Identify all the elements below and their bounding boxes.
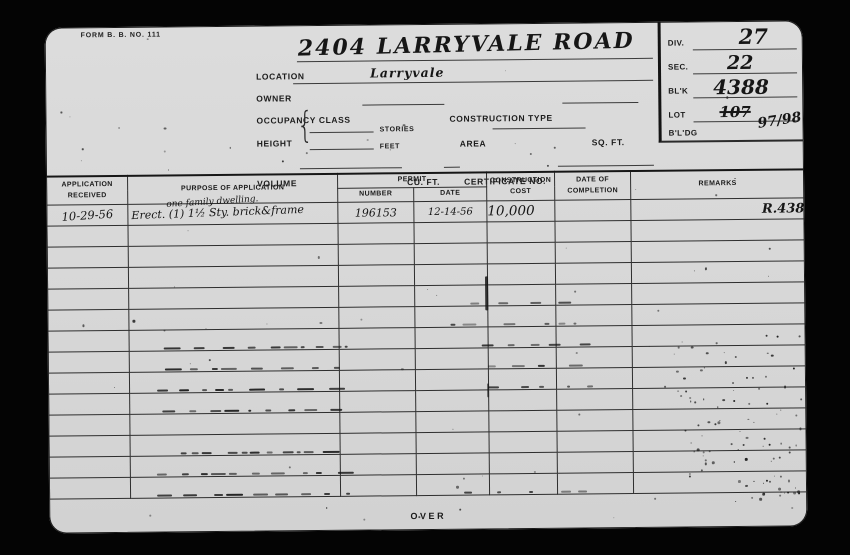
cell-remarks: [633, 429, 807, 452]
cell-purpose: [128, 265, 338, 288]
cell-purpose: [128, 223, 338, 246]
record-card: FORM B. B. NO. 111 LOCATION 2404 LARRYVA…: [45, 20, 808, 533]
cell-permit-date: [414, 222, 487, 244]
cell-construction-cost: [488, 368, 556, 390]
cell-permit-number: [339, 307, 415, 329]
cell-date-of-completion: [556, 326, 632, 348]
div-value: 27: [739, 24, 768, 49]
header-permit-number: NUMBER: [338, 188, 414, 203]
height-brace: {: [297, 105, 313, 146]
cell-application-received: [47, 267, 128, 289]
cell-date-of-completion: [555, 242, 631, 264]
cell-application-received: [49, 456, 130, 478]
cell-permit-date: [416, 474, 489, 496]
cell-remarks: [633, 450, 807, 473]
cell-construction-cost: [488, 347, 556, 369]
parcel-row-div: DIV. 27: [661, 25, 797, 50]
cell-purpose: [130, 475, 340, 498]
cell-construction-cost: [487, 221, 555, 243]
cell-permit-date: [415, 306, 488, 328]
cell-remarks: R.438: [631, 198, 805, 221]
cell-permit-date: [415, 327, 488, 349]
owner-label: OWNER: [256, 93, 292, 103]
header-construction-cost: CONSTRUCTION COST: [487, 172, 555, 201]
cell-date-of-completion: [557, 473, 633, 495]
area-label: AREA: [460, 138, 487, 148]
cell-remarks: [633, 408, 807, 431]
cell-purpose: [128, 244, 338, 267]
parcel-row-lot: LOT 107 97/98: [661, 97, 797, 122]
cell-construction-cost: [487, 242, 555, 264]
cell-permit-date: [416, 390, 489, 412]
stories-underline: [310, 131, 374, 133]
cell-construction-cost: [489, 473, 557, 495]
cell-date-of-completion: [556, 368, 632, 390]
cell-application-received: [49, 435, 130, 457]
owner-underline: [293, 80, 653, 84]
cell-application-received: [47, 246, 128, 268]
cell-construction-cost: [489, 410, 557, 432]
cell-date-of-completion: [555, 221, 631, 243]
cell-permit-number: [340, 433, 416, 455]
table-body: 10-29-56 one family dwelling. Erect. (1)…: [47, 198, 808, 499]
cell-construction-cost: [487, 263, 555, 285]
cell-date-of-completion: [555, 200, 631, 222]
cell-construction-cost: [488, 326, 556, 348]
location-value: 2404 LARRYVALE ROAD: [298, 28, 635, 62]
cell-application-received: 10-29-56: [47, 204, 128, 226]
cell-permit-date: [414, 264, 487, 286]
cell-remarks: [633, 471, 807, 494]
cell-permit-date: 12-14-56: [414, 201, 487, 223]
cell-remarks: [631, 219, 805, 242]
parcel-row-sec: SEC. 22: [661, 49, 797, 74]
cell-application-received: [47, 225, 128, 247]
cell-application-received: [48, 351, 129, 373]
cell-date-of-completion: [557, 452, 633, 474]
construction-type-label: CONSTRUCTION TYPE: [449, 113, 552, 124]
occupancy-class-underline: [362, 104, 444, 106]
cell-remarks: [632, 282, 806, 305]
sec-value: 22: [727, 52, 754, 74]
cell-remarks: [632, 345, 806, 368]
cell-application-received: [48, 288, 129, 310]
cell-permit-date: [416, 432, 489, 454]
certificate-tick-line: [444, 167, 460, 168]
cell-purpose: [129, 307, 339, 330]
construction-type-underline: [562, 102, 638, 104]
sec-label: SEC.: [668, 62, 688, 71]
cell-permit-number: [340, 391, 416, 413]
cell-application-received: [49, 414, 130, 436]
cell-permit-number: [339, 286, 415, 308]
cell-permit-number: [338, 265, 414, 287]
scanned-page: { "page": { "background_color": "#040404…: [0, 0, 850, 555]
cell-purpose: [129, 370, 339, 393]
cell-permit-number: [338, 223, 414, 245]
cell-permit-date: [416, 411, 489, 433]
certificate-underline: [558, 165, 654, 167]
cell-permit-number: [339, 370, 415, 392]
cell-application-received: [48, 372, 129, 394]
lot-label: LOT: [668, 111, 685, 120]
over-label: OVER: [49, 507, 807, 524]
purpose-main-text: Erect. (1) 1½ Sty. brick&frame: [131, 203, 304, 222]
area-underline: [493, 127, 586, 129]
cell-construction-cost: [489, 431, 557, 453]
parcel-box: DIV. 27 SEC. 22 BL'K 4388 LOT 107 97/98 …: [658, 20, 804, 142]
cell-remarks: [633, 387, 807, 410]
bldg-label: B'L'DG: [669, 128, 698, 137]
cell-application-received: [49, 393, 130, 415]
cell-permit-number: [338, 244, 414, 266]
blk-label: BL'K: [668, 86, 688, 95]
height-label: HEIGHT: [257, 138, 293, 148]
cell-application-received: [49, 477, 130, 499]
cell-application-received: [48, 309, 129, 331]
stories-label: STORIES: [380, 126, 415, 133]
header-permit-group: PERMIT: [338, 172, 487, 188]
cell-construction-cost: [488, 305, 556, 327]
cell-permit-date: [414, 243, 487, 265]
header-application-received: APPLICATION RECEIVED: [47, 176, 128, 205]
cell-purpose: [129, 349, 339, 372]
lot-struck-value: 107: [719, 103, 750, 121]
feet-underline: [310, 148, 374, 150]
cell-date-of-completion: [557, 431, 633, 453]
cell-date-of-completion: [556, 347, 632, 369]
cell-purpose: [130, 412, 340, 435]
cell-date-of-completion: [556, 305, 632, 327]
cell-date-of-completion: [557, 410, 633, 432]
cell-permit-date: [416, 453, 489, 475]
feet-label: FEET: [380, 143, 400, 150]
cell-purpose: [130, 454, 340, 477]
cell-date-of-completion: [555, 263, 631, 285]
cell-permit-date: [415, 285, 488, 307]
cell-date-of-completion: [557, 389, 633, 411]
form-number: FORM B. B. NO. 111: [81, 32, 161, 40]
cell-purpose: [129, 328, 339, 351]
header-permit-date: DATE: [414, 187, 487, 202]
sq-ft-label: SQ. FT.: [592, 137, 625, 147]
cell-purpose: one family dwelling. Erect. (1) 1½ Sty. …: [128, 202, 338, 225]
volume-underline: [300, 167, 402, 169]
cell-permit-number: [340, 475, 416, 497]
cell-purpose: [130, 391, 340, 414]
parcel-row-bldg: B'L'DG: [662, 121, 798, 138]
cell-construction-cost: [489, 389, 557, 411]
owner-value: Larryvale: [370, 65, 445, 81]
cell-remarks: [631, 261, 805, 284]
header-remarks: REMARKS: [631, 169, 805, 199]
cell-purpose: [130, 433, 340, 456]
cell-permit-number: [340, 454, 416, 476]
cell-permit-number: [340, 412, 416, 434]
cell-construction-cost: [489, 452, 557, 474]
cell-construction-cost: [488, 284, 556, 306]
cell-permit-number: [339, 349, 415, 371]
cell-date-of-completion: [556, 284, 632, 306]
header-date-of-completion: DATE OF COMPLETION: [555, 171, 631, 200]
parcel-row-blk: BL'K 4388: [661, 73, 797, 98]
cell-application-received: [48, 330, 129, 352]
cell-permit-number: [339, 328, 415, 350]
cell-permit-number: 196153: [338, 202, 414, 224]
location-label: LOCATION: [256, 71, 305, 81]
cell-remarks: [632, 324, 806, 347]
cell-remarks: [632, 303, 806, 326]
cell-remarks: [632, 366, 806, 389]
div-label: DIV.: [668, 39, 685, 48]
cell-construction-cost: 10,000: [487, 200, 555, 222]
permits-table: APPLICATION RECEIVED PURPOSE OF APPLICAT…: [46, 168, 807, 499]
cell-permit-date: [415, 348, 488, 370]
cell-permit-date: [415, 369, 488, 391]
blk-value: 4388: [713, 75, 769, 100]
cell-remarks: [631, 240, 805, 263]
cell-purpose: [129, 286, 339, 309]
